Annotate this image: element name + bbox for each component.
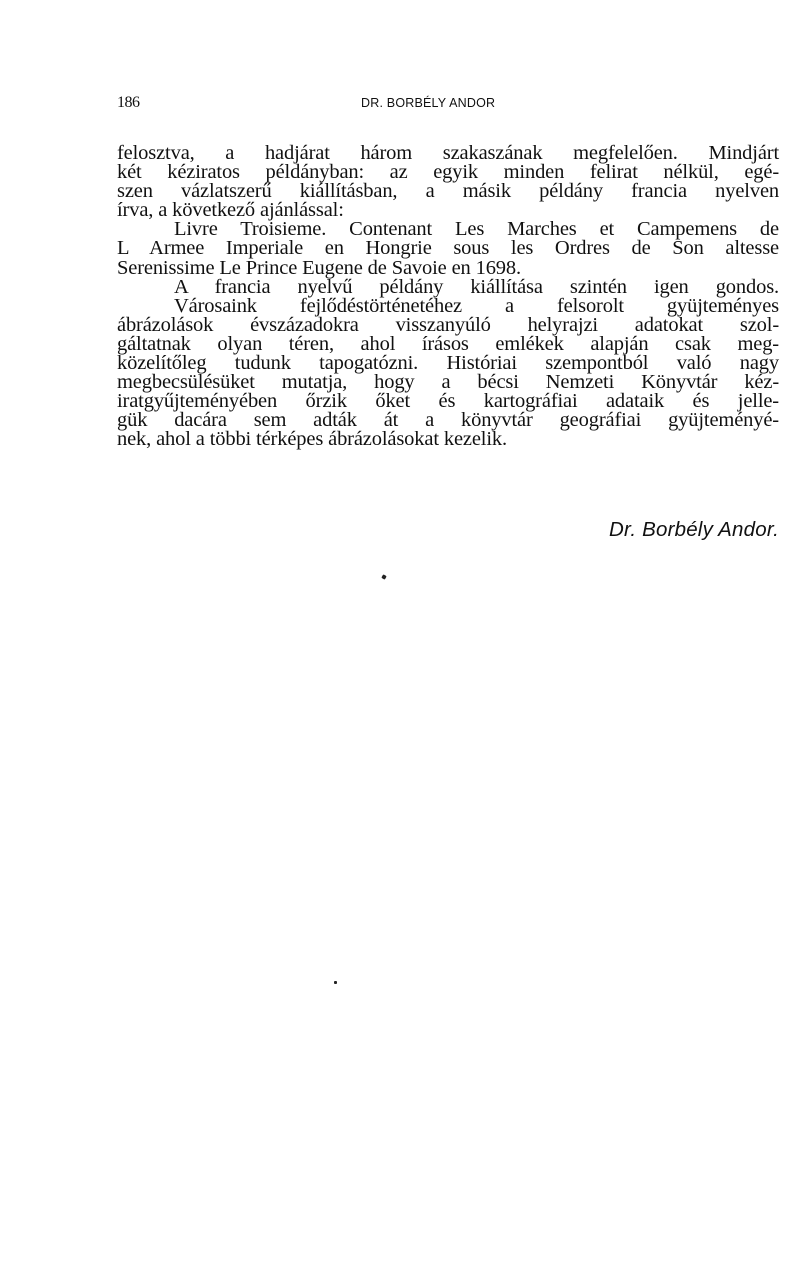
text-line: L Armee Imperiale en Hongrie sous les Or…: [117, 239, 779, 258]
body-text: felosztva, a hadjárat három szakaszának …: [117, 144, 779, 450]
text-line: A francia nyelvű példány kiállítása szin…: [117, 278, 779, 297]
running-head: 186 DR. BORBÉLY ANDOR: [117, 94, 779, 114]
print-speck: [334, 981, 337, 984]
running-title: DR. BORBÉLY ANDOR: [361, 96, 495, 110]
print-speck: [381, 574, 386, 579]
text-line: Serenissime Le Prince Eugene de Savoie e…: [117, 259, 779, 278]
text-line: Városaink fejlődéstörténetéhez a felsoro…: [117, 297, 779, 316]
page-number: 186: [117, 94, 140, 112]
text-line: nek, ahol a többi térképes ábrázolásokat…: [117, 430, 779, 449]
author-signature: Dr. Borbély Andor.: [609, 518, 779, 542]
